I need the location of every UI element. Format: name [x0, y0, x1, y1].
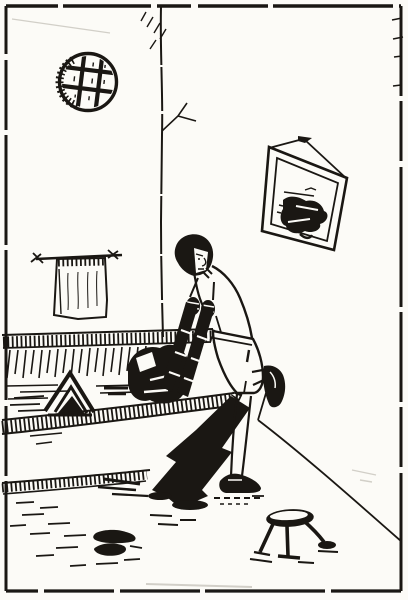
bather-knees-in-water — [10, 373, 94, 415]
round-barred-window — [57, 51, 119, 113]
raised-shoe — [263, 365, 285, 407]
sketch-canvas: ink-line-illustration — [0, 0, 408, 600]
crooked-picture-frame — [262, 136, 347, 250]
tub-inner-wall — [7, 346, 146, 378]
man-head — [175, 234, 213, 278]
illustration-page: ink-line-illustration — [0, 0, 408, 600]
towel — [54, 258, 107, 319]
wet-footprints — [10, 502, 142, 566]
towel-on-rail — [31, 250, 122, 319]
standing-shoe — [219, 474, 261, 493]
wall-corner-crack — [141, 7, 196, 337]
cast-shadow — [98, 396, 264, 525]
three-legged-stool — [250, 509, 338, 563]
nail — [298, 136, 312, 143]
tub-front-rim — [2, 399, 233, 427]
